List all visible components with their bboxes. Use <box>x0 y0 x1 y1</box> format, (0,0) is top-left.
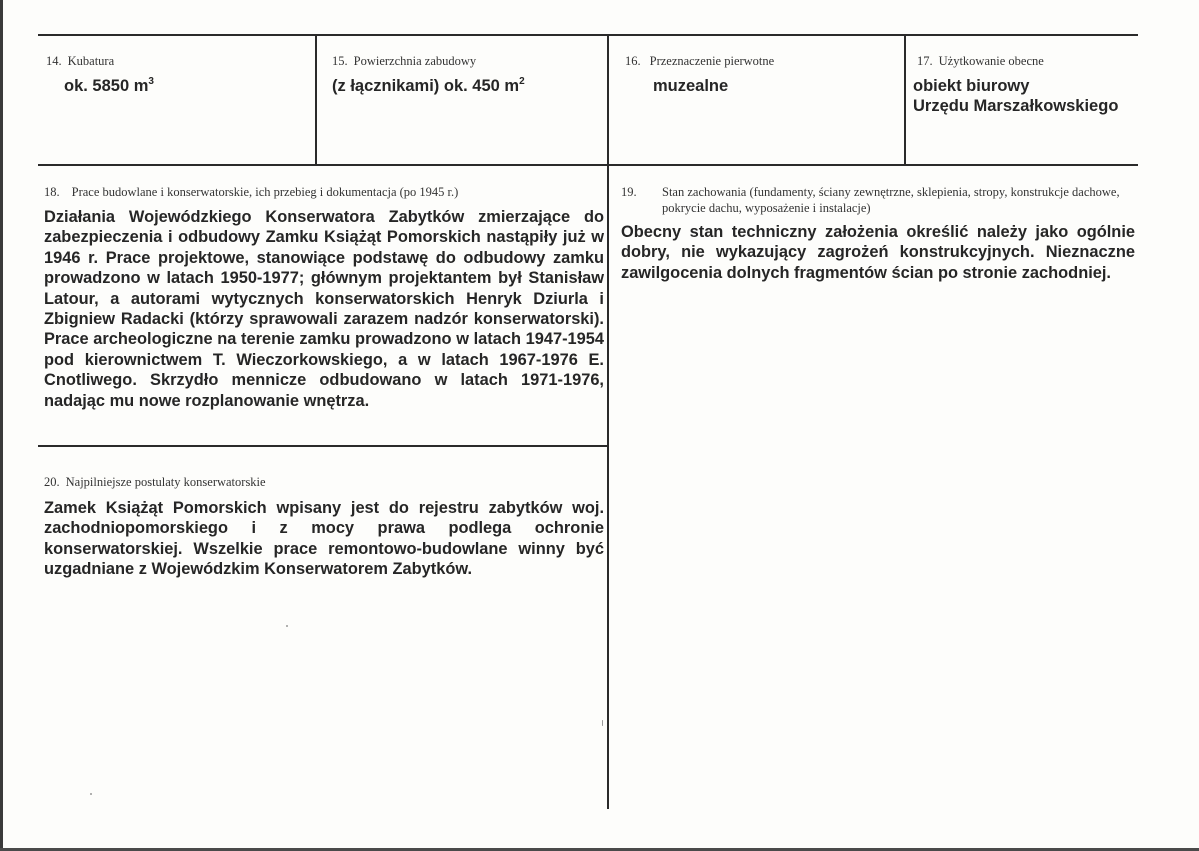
field-20-label: 20.Najpilniejsze postulaty konserwatorsk… <box>44 474 604 490</box>
field-18-label: 18.Prace budowlane i konserwatorskie, ic… <box>44 184 604 200</box>
field-16-label: 16.Przeznaczenie pierwotne <box>625 53 900 69</box>
field-15-value: (z łącznikami) ok. 450 m2 <box>332 77 602 97</box>
scan-speck <box>90 793 92 795</box>
field-17-value-line2: Urzędu Marszałkowskiego <box>913 97 1137 117</box>
field-19-stan-zachowania: 19. Stan zachowania (fundamenty, ściany … <box>621 184 1135 283</box>
field-18-prace-budowlane: 18.Prace budowlane i konserwatorskie, ic… <box>44 184 604 411</box>
field-14-label: 14.Kubatura <box>46 53 311 69</box>
divider-16-17 <box>904 34 906 166</box>
rule-top <box>38 34 1138 36</box>
field-20-postulaty: 20.Najpilniejsze postulaty konserwatorsk… <box>44 474 604 580</box>
field-17-value-line1: obiekt biurowy <box>913 77 1137 97</box>
field-15-label: 15.Powierzchnia zabudowy <box>332 53 602 69</box>
field-17-label: 17.Użytkowanie obecne <box>917 53 1137 69</box>
divider-14-15 <box>315 34 317 166</box>
field-20-text: Zamek Książąt Pomorskich wpisany jest do… <box>44 498 604 580</box>
field-17-uzytkowanie: 17.Użytkowanie obecne obiekt biurowy Urz… <box>913 53 1137 116</box>
field-18-text: Działania Wojewódzkiego Konserwatora Zab… <box>44 207 604 411</box>
rule-field18-bottom <box>38 445 609 447</box>
rule-row1-bottom <box>38 164 1138 166</box>
field-14-kubatura: 14.Kubatura ok. 5850 m3 <box>46 53 311 97</box>
divider-center <box>607 34 609 809</box>
field-17-value: obiekt biurowy Urzędu Marszałkowskiego <box>913 77 1137 116</box>
scan-speck <box>286 625 288 627</box>
field-15-powierzchnia: 15.Powierzchnia zabudowy (z łącznikami) … <box>332 53 602 97</box>
field-19-text: Obecny stan techniczny założenia określi… <box>621 222 1135 283</box>
scan-edge-left <box>0 0 3 851</box>
field-16-przeznaczenie: 16.Przeznaczenie pierwotne muzealne <box>625 53 900 97</box>
field-14-value: ok. 5850 m3 <box>64 77 311 97</box>
field-19-label: 19. Stan zachowania (fundamenty, ściany … <box>621 184 1135 216</box>
field-16-value: muzealne <box>653 77 900 97</box>
scan-speck <box>602 720 603 726</box>
